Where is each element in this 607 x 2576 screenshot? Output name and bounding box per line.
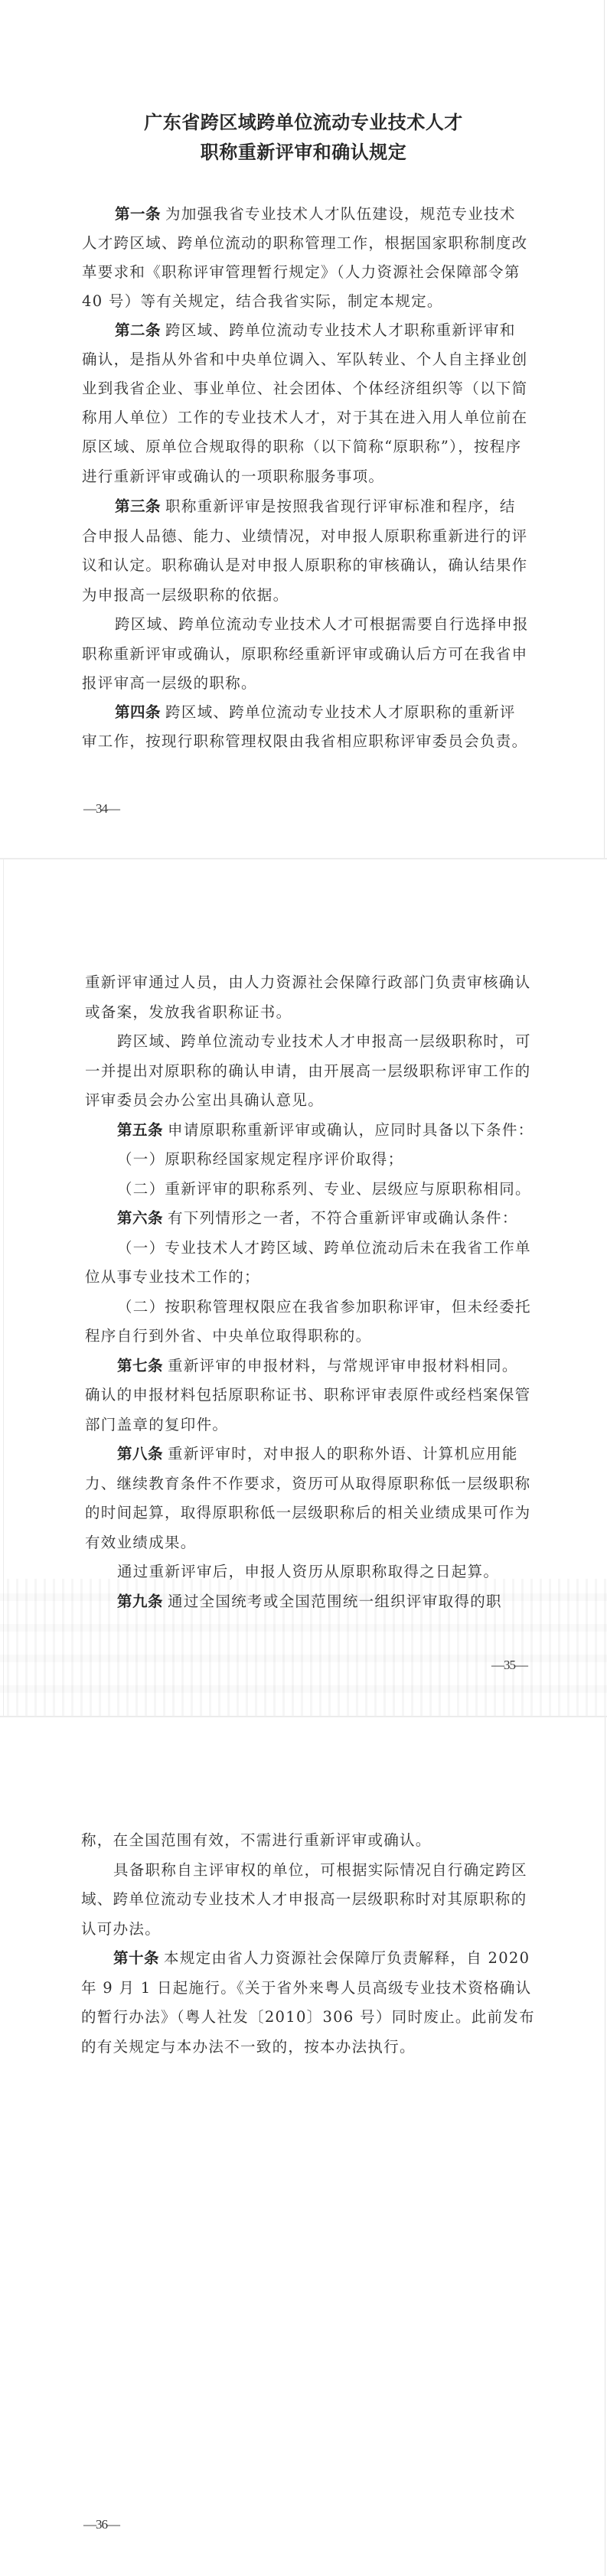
- page-34: 广东省跨区域跨单位流动专业技术人才 职称重新评审和确认规定 第一条为加强我省专业…: [0, 0, 607, 859]
- paragraph-text: 本规定由省人力资源社会保障厅负责解释，自 2020: [164, 1949, 530, 1967]
- text-line: 评审委员会办公室出具确认意见。: [85, 1090, 537, 1111]
- text-line: 确认的申报材料包括原职称证书、职称评审表原件或经档案保管: [85, 1384, 537, 1406]
- article-label: 第六条: [117, 1209, 163, 1227]
- text-line: 称，在全国范围有效，不需进行重新评审或确认。: [81, 1830, 533, 1851]
- paragraph-text: 申请原职称重新评审或确认，应同时具备以下条件：: [168, 1121, 534, 1139]
- text-line: 为申报高一层级职称的依据。: [82, 585, 534, 606]
- text-line: 业到我省企业、事业单位、社会团体、个体经济组织等（以下简: [82, 378, 534, 399]
- list-item: （一）专业技术人才跨区域、跨单位流动后未在我省工作单: [117, 1237, 536, 1259]
- page-number: —36—: [83, 2517, 119, 2532]
- text-line: 通过重新评审后，申报人资历从原职称取得之日起算。: [117, 1561, 536, 1583]
- paragraph-text: 职称重新评审是按照我省现行评审标准和程序，结: [165, 497, 516, 515]
- article-9: 第九条通过全国统考或全国范围统一组织评审取得的职: [117, 1591, 536, 1612]
- text-line: 跨区域、跨单位流动专业技术人才申报高一层级职称时，可: [117, 1031, 536, 1052]
- text-line: 有效业绩成果。: [85, 1532, 537, 1554]
- article-4: 第四条跨区域、跨单位流动专业技术人才原职称的重新评: [115, 702, 534, 723]
- text-line: 议和认定。职称确认是对申报人原职称的审核确认，确认结果作: [82, 555, 534, 576]
- list-item: （一）原职称经国家规定程序评价取得；: [117, 1149, 536, 1170]
- article-label: 第十条: [113, 1949, 159, 1967]
- text-line: 40 号）等有关规定，结合我省实际，制定本规定。: [82, 291, 534, 312]
- text-line: 重新评审通过人员，由人力资源社会保障行政部门负责审核确认: [85, 972, 537, 993]
- paragraph-text: 有下列情形之一者，不符合重新评审或确认条件：: [168, 1209, 518, 1227]
- list-item: （二）按职称管理权限应在我省参加职称评审，但未经委托: [117, 1296, 536, 1318]
- text-line: 年 9 月 1 日起施行。《关于省外来粤人员高级专业技术资格确认: [81, 1978, 533, 1999]
- article-label: 第三条: [115, 497, 161, 515]
- paragraph-text: 为加强我省专业技术人才队伍建设，规范专业技术: [165, 205, 516, 223]
- text-line: 的有关规定与本办法不一致的，按本办法执行。: [81, 2036, 533, 2058]
- text-line: 域、跨单位流动专业技术人才申报高一层级职称时对其原职称的: [81, 1889, 533, 1910]
- page-edge: [605, 1717, 605, 2576]
- page-number: —34—: [83, 801, 119, 817]
- document-title-line-1: 广东省跨区域跨单位流动专业技术人才: [0, 108, 607, 137]
- paragraph-text: 跨区域、跨单位流动专业技术人才原职称的重新评: [165, 703, 516, 721]
- text-line: 力、继续教育条件不作要求，资历可从取得原职称低一层级职称: [85, 1473, 537, 1495]
- text-line: 革要求和《职称评审管理暂行规定》（人力资源社会保障部令第: [82, 262, 534, 283]
- article-label: 第一条: [115, 205, 161, 223]
- paragraph-text: 重新评审的申报材料，与常规评审申报材料相同。: [168, 1357, 518, 1374]
- article-label: 第二条: [115, 321, 161, 339]
- text-line: 称用人单位）工作的专业技术人才，对于其在进入用人单位前在: [82, 407, 534, 429]
- list-item: （二）重新评审的职称系列、专业、层级应与原职称相同。: [117, 1179, 536, 1200]
- article-1: 第一条为加强我省专业技术人才队伍建设，规范专业技术: [115, 204, 534, 225]
- article-label: 第五条: [117, 1121, 163, 1139]
- text-line: 职称重新评审或确认，原职称经重新评审或确认后方可在我省申: [82, 644, 534, 665]
- text-line: 进行重新评审或确认的一项职称服务事项。: [82, 466, 534, 487]
- article-label: 第四条: [115, 703, 161, 721]
- article-8: 第八条重新评审时，对申报人的职称外语、计算机应用能: [117, 1443, 536, 1465]
- text-line: 跨区域、跨单位流动专业技术人才可根据需要自行选择申报: [115, 614, 534, 635]
- text-line: 报评审高一层级的职称。: [82, 673, 534, 694]
- text-line: 具备职称自主评审权的单位，可根据实际情况自行确定跨区: [113, 1860, 532, 1881]
- page-number: —35—: [491, 1658, 527, 1673]
- document-title-line-2: 职称重新评审和确认规定: [0, 138, 607, 167]
- text-line: 的时间起算，取得原职称低一层级职称后的相关业绩成果可作为: [85, 1502, 537, 1524]
- text-line: 合申报人品德、能力、业绩情况，对申报人原职称重新进行的评: [82, 526, 534, 547]
- text-line: 认可办法。: [81, 1919, 533, 1940]
- article-label: 第七条: [117, 1357, 163, 1374]
- article-label: 第八条: [117, 1445, 163, 1462]
- paragraph-text: 重新评审时，对申报人的职称外语、计算机应用能: [168, 1445, 518, 1462]
- article-6: 第六条有下列情形之一者，不符合重新评审或确认条件：: [117, 1208, 536, 1229]
- article-2: 第二条跨区域、跨单位流动专业技术人才职称重新评审和: [115, 320, 534, 341]
- page-35: 重新评审通过人员，由人力资源社会保障行政部门负责审核确认 或备案，发放我省职称证…: [0, 859, 607, 1716]
- paragraph-text: 通过全国统考或全国范围统一组织评审取得的职: [168, 1593, 502, 1610]
- article-3: 第三条职称重新评审是按照我省现行评审标准和程序，结: [115, 496, 534, 517]
- article-10: 第十条本规定由省人力资源社会保障厅负责解释，自 2020: [113, 1948, 532, 1969]
- text-line: 或备案，发放我省职称证书。: [85, 1002, 537, 1023]
- text-line: 确认，是指从外省和中央单位调入、军队转业、个人自主择业创: [82, 349, 534, 370]
- text-line: 位从事专业技术工作的；: [85, 1267, 537, 1288]
- page-36: 称，在全国范围有效，不需进行重新评审或确认。 具备职称自主评审权的单位，可根据实…: [0, 1717, 607, 2576]
- article-5: 第五条申请原职称重新评审或确认，应同时具备以下条件：: [117, 1120, 536, 1141]
- text-line: 审工作，按现行职称管理权限由我省相应职称评审委员会负责。: [82, 731, 534, 752]
- text-line: 的暂行办法》（粤人社发〔2010〕306 号）同时废止。此前发布: [81, 2007, 533, 2028]
- text-line: 人才跨区域、跨单位流动的职称管理工作，根据国家职称制度改: [82, 233, 534, 254]
- text-line: 原区域、原单位合规取得的职称（以下简称“原职称”），按程序: [82, 436, 534, 458]
- text-line: 程序自行到外省、中央单位取得职称的。: [85, 1325, 537, 1347]
- article-label: 第九条: [117, 1593, 163, 1610]
- text-line: 部门盖章的复印件。: [85, 1414, 537, 1436]
- text-line: 一并提出对原职称的确认申请，由开展高一层级职称评审工作的: [85, 1061, 537, 1082]
- article-7: 第七条重新评审的申报材料，与常规评审申报材料相同。: [117, 1355, 536, 1377]
- paragraph-text: 跨区域、跨单位流动专业技术人才职称重新评审和: [165, 321, 516, 339]
